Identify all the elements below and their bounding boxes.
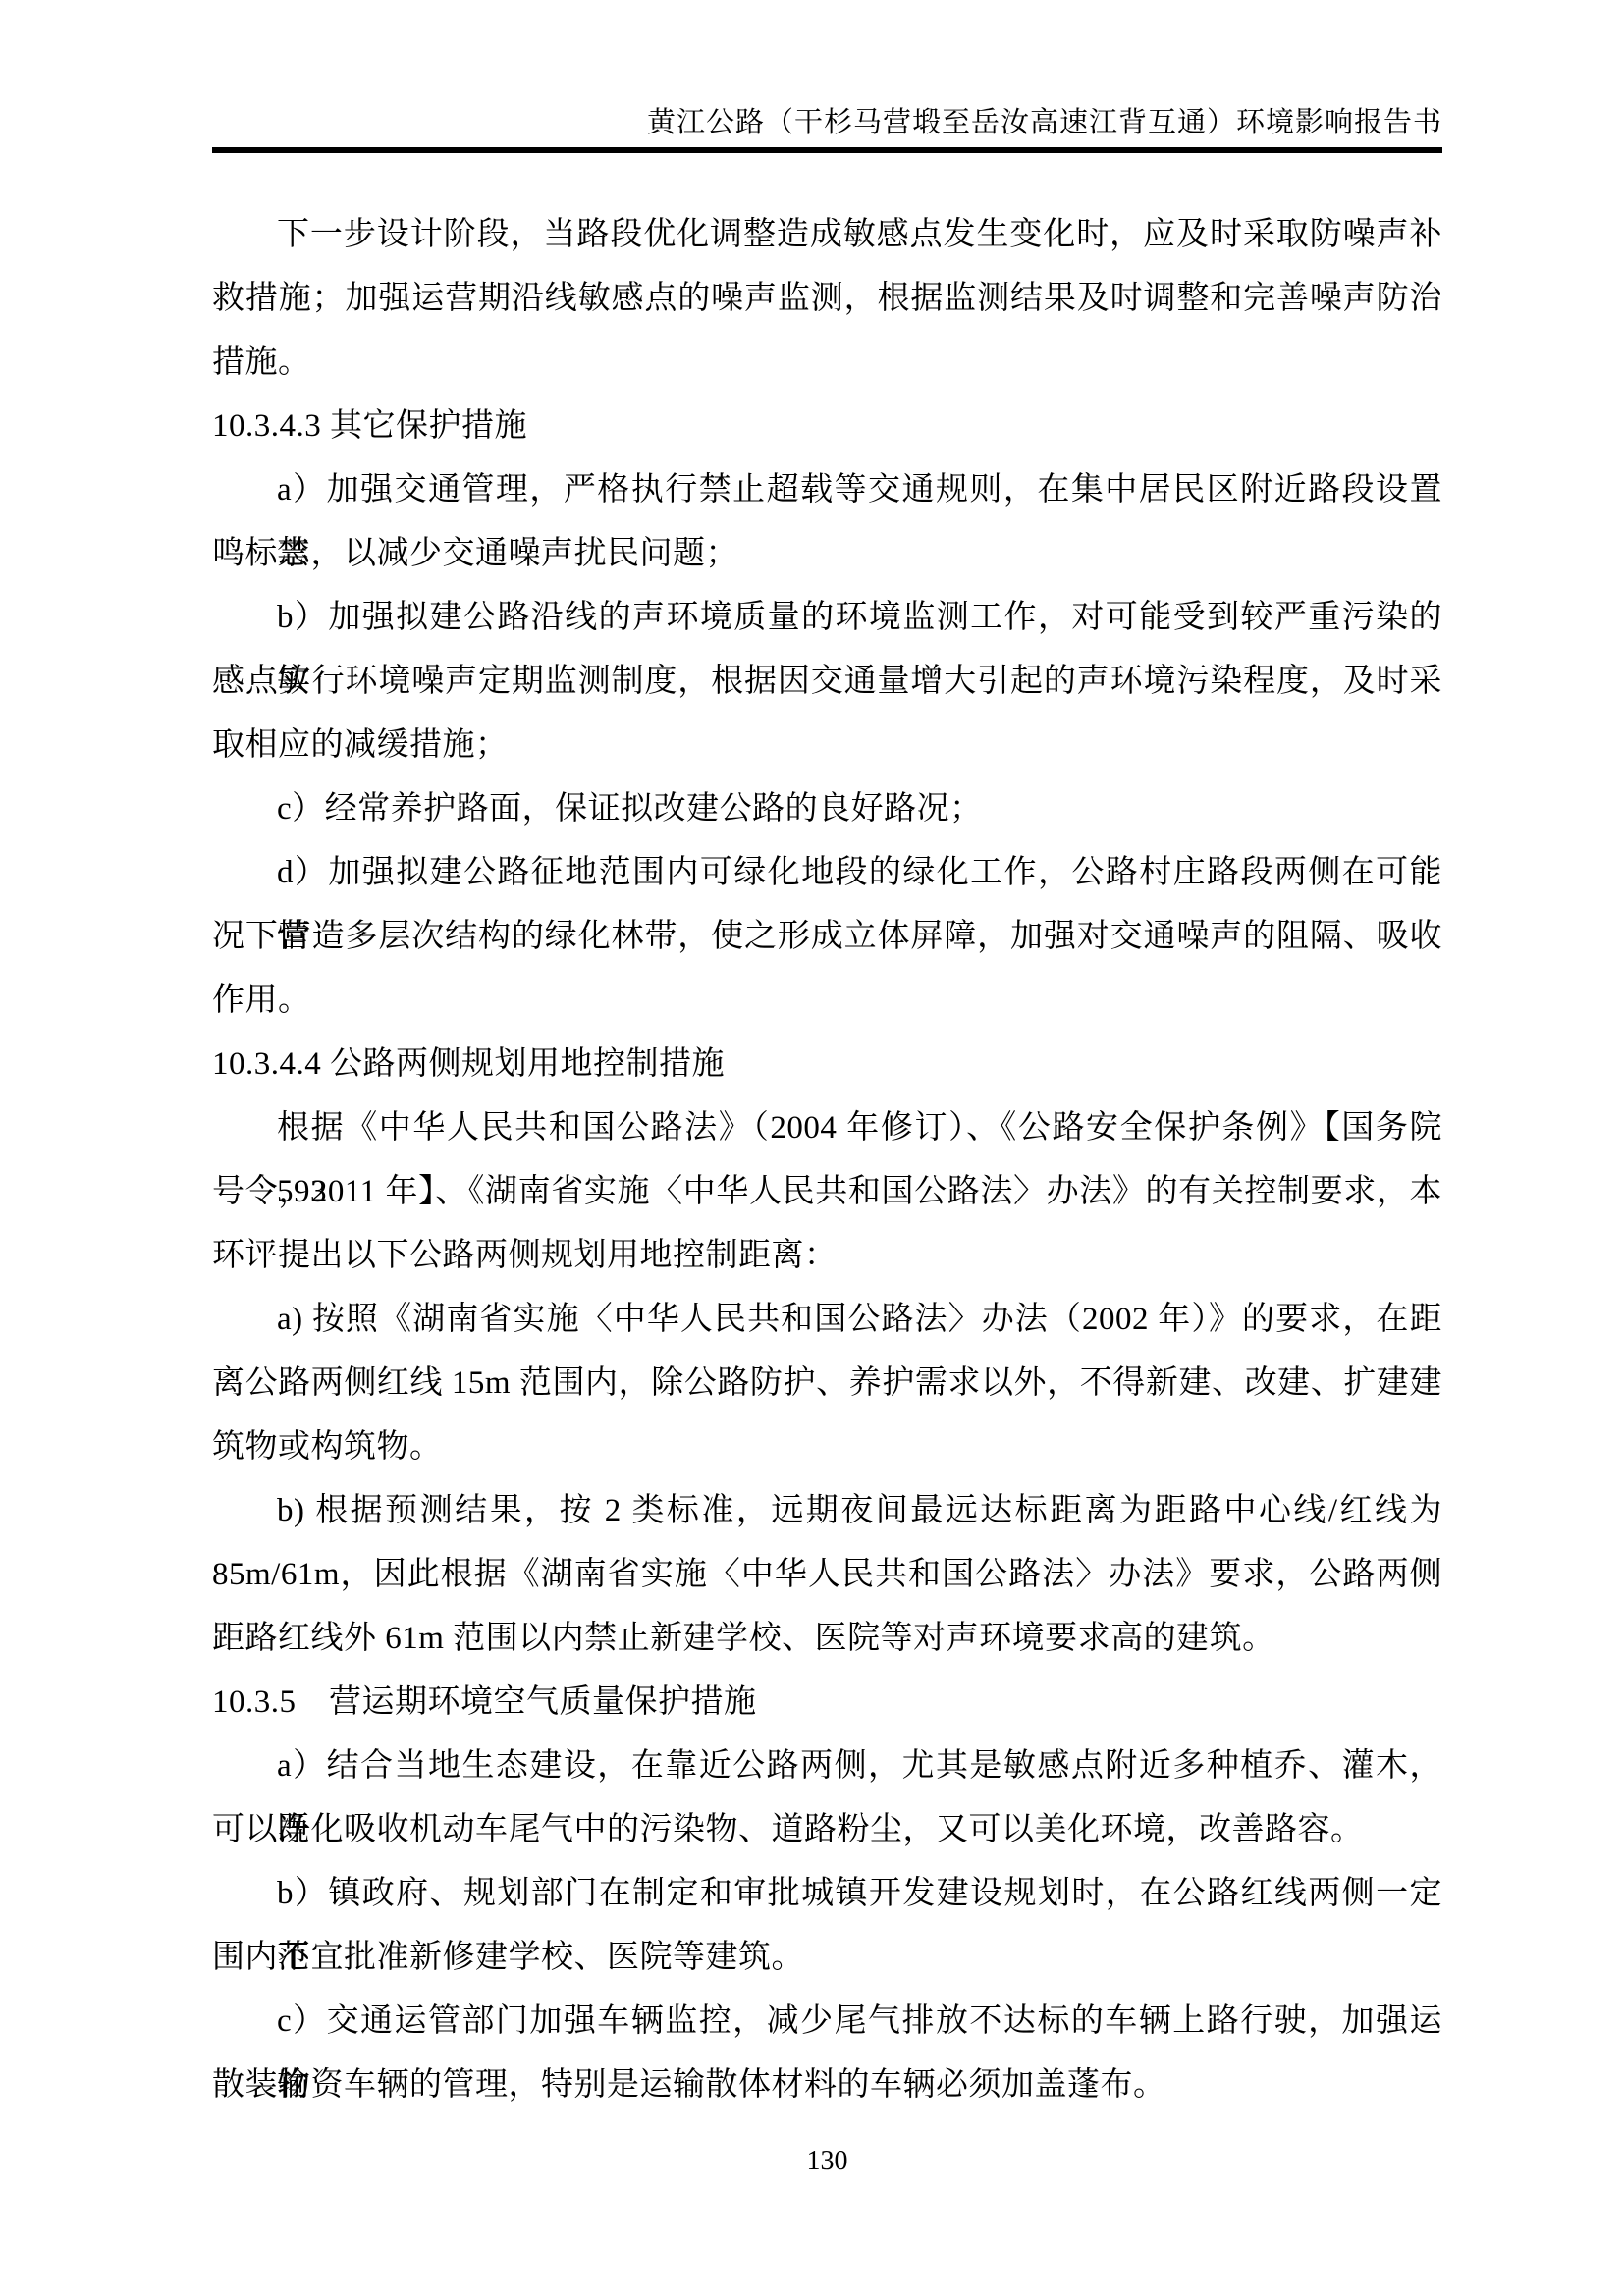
document-body: 下一步设计阶段，当路段优化调整造成敏感点发生变化时，应及时采取防噪声补救措施；加… xyxy=(212,203,1442,2117)
body-line: 距路红线外 61m 范围以内禁止新建学校、医院等对声环境要求高的建筑。 xyxy=(212,1607,1442,1671)
body-line: 感点实行环境噪声定期监测制度，根据因交通量增大引起的声环境污染程度，及时采 xyxy=(212,650,1442,714)
body-line: c）经常养护路面，保证拟改建公路的良好路况； xyxy=(212,777,1442,841)
body-line: 85m/61m，因此根据《湖南省实施〈中华人民共和国公路法〉办法》要求，公路两侧 xyxy=(212,1543,1442,1607)
section-heading: 10.3.5 营运期环境空气质量保护措施 xyxy=(212,1671,1442,1735)
body-line: 下一步设计阶段，当路段优化调整造成敏感点发生变化时，应及时采取防噪声补 xyxy=(212,203,1442,267)
body-line: 离公路两侧红线 15m 范围内，除公路防护、养护需求以外，不得新建、改建、扩建建 xyxy=(212,1352,1442,1415)
body-line: a）结合当地生态建设，在靠近公路两侧，尤其是敏感点附近多种植乔、灌木，既 xyxy=(212,1735,1442,1798)
body-line: 可以净化吸收机动车尾气中的污染物、道路粉尘，又可以美化环境，改善路容。 xyxy=(212,1798,1442,1862)
report-page: 黄江公路（干杉马营塅至岳汝高速江背互通）环境影响报告书 下一步设计阶段，当路段优… xyxy=(0,0,1624,2296)
body-line: 取相应的减缓措施； xyxy=(212,714,1442,777)
body-line: a) 按照《湖南省实施〈中华人民共和国公路法〉办法（2002 年）》的要求，在距 xyxy=(212,1288,1442,1352)
body-line: 作用。 xyxy=(212,969,1442,1033)
body-line: 况下营造多层次结构的绿化林带，使之形成立体屏障，加强对交通噪声的阻隔、吸收 xyxy=(212,905,1442,969)
body-line: 环评提出以下公路两侧规划用地控制距离： xyxy=(212,1224,1442,1288)
body-line: b）加强拟建公路沿线的声环境质量的环境监测工作，对可能受到较严重污染的敏 xyxy=(212,586,1442,650)
running-header: 黄江公路（干杉马营塅至岳汝高速江背互通）环境影响报告书 xyxy=(212,102,1442,153)
page-number: 130 xyxy=(212,2142,1442,2181)
body-line: 根据《中华人民共和国公路法》（2004 年修订）、《公路安全保护条例》【国务院 … xyxy=(212,1096,1442,1160)
body-line: 救措施；加强运营期沿线敏感点的噪声监测，根据监测结果及时调整和完善噪声防治 xyxy=(212,267,1442,331)
body-line: 号令，2011 年】、《湖南省实施〈中华人民共和国公路法〉办法》的有关控制要求，… xyxy=(212,1160,1442,1224)
body-line: 措施。 xyxy=(212,331,1442,395)
section-heading: 10.3.4.3 其它保护措施 xyxy=(212,395,1442,458)
body-line: d）加强拟建公路征地范围内可绿化地段的绿化工作，公路村庄路段两侧在可能情 xyxy=(212,841,1442,905)
body-line: b）镇政府、规划部门在制定和审批城镇开发建设规划时，在公路红线两侧一定范 xyxy=(212,1862,1442,1926)
body-line: c）交通运管部门加强车辆监控，减少尾气排放不达标的车辆上路行驶，加强运输 xyxy=(212,1990,1442,2054)
body-line: 散装物资车辆的管理，特别是运输散体材料的车辆必须加盖蓬布。 xyxy=(212,2054,1442,2117)
body-line: b) 根据预测结果，按 2 类标准，远期夜间最远达标距离为距路中心线/红线为 xyxy=(212,1479,1442,1543)
section-heading: 10.3.4.4 公路两侧规划用地控制措施 xyxy=(212,1033,1442,1096)
body-line: a）加强交通管理，严格执行禁止超载等交通规则，在集中居民区附近路段设置禁 xyxy=(212,458,1442,522)
body-line: 围内不宜批准新修建学校、医院等建筑。 xyxy=(212,1926,1442,1990)
body-line: 筑物或构筑物。 xyxy=(212,1415,1442,1479)
body-line: 鸣标志，以减少交通噪声扰民问题； xyxy=(212,522,1442,586)
